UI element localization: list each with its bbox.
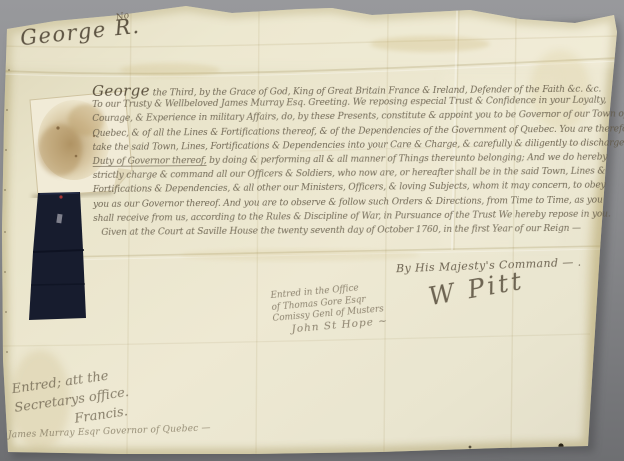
ribbon: [29, 192, 86, 320]
commission-body-text: George the Third, by the Grace of God, K…: [92, 79, 613, 240]
underlined-phrase: Duty of Governor thereof,: [93, 156, 207, 167]
photograph-of-parchment: George R. No George the Third, by the Gr…: [0, 0, 624, 461]
ribbon-red-dot: [59, 195, 62, 198]
speck: [469, 446, 472, 449]
manuscript-line-text: by doing & performing all & all manner o…: [206, 152, 607, 165]
